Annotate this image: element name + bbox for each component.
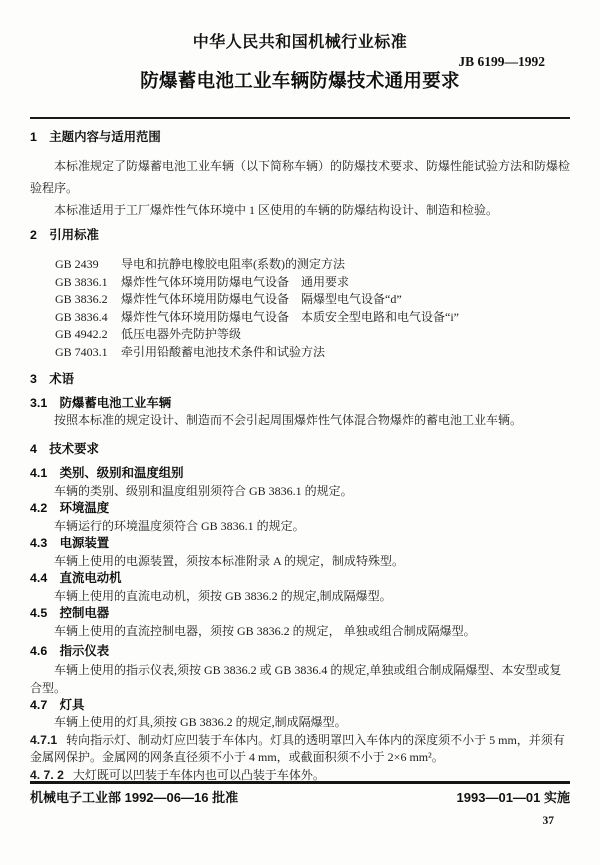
reference-code: GB 4942.2 [55, 326, 121, 344]
footer-divider [30, 781, 570, 784]
clause-4-6-heading: 4.6 指示仪表 [30, 643, 570, 661]
chapter-1-paragraph-1: 本标准规定了防爆蓄电池工业车辆（以下简称车辆）的防爆技术要求、防爆性能试验方法和… [30, 155, 570, 199]
document-body: 1 主题内容与适用范围 本标准规定了防爆蓄电池工业车辆（以下简称车辆）的防爆技术… [30, 129, 570, 784]
clause-4-7-text: 车辆上使用的灯具,须按 GB 3836.2 的规定,制成隔爆型。 [30, 714, 570, 732]
clause-4-7-1-text: 转向指示灯、制动灯应凹装于车体内。灯具的透明罩凹入车体内的深度须不小于 5 mm… [30, 733, 565, 765]
header-divider [30, 117, 570, 119]
clause-4-3-text: 车辆上使用的电源装置，须按本标准附录 A 的规定，制成特殊型。 [30, 553, 570, 571]
reference-title: 导电和抗静电橡胶电阻率(系数)的测定方法 [121, 256, 570, 274]
clause-4-1-text: 车辆的类别、级别和温度组别须符合 GB 3836.1 的规定。 [30, 483, 570, 501]
standard-document-page: 中华人民共和国机械行业标准 JB 6199—1992 防爆蓄电池工业车辆防爆技术… [0, 0, 600, 865]
reference-code: GB 7403.1 [55, 344, 121, 362]
clause-4-1-heading: 4.1 类别、级别和温度组别 [30, 465, 570, 483]
clause-4-7-heading: 4.7 灯具 [30, 697, 570, 715]
chapter-3-heading: 3 术语 [30, 371, 570, 389]
clause-4-4-heading: 4.4 直流电动机 [30, 570, 570, 588]
approval-notice: 机械电子工业部 1992—06—16 批准 [30, 787, 238, 806]
reference-row: GB 3836.4 爆炸性气体环境用防爆电气设备 本质安全型电路和电气设备“i” [30, 309, 570, 327]
standard-org-title: 中华人民共和国机械行业标准 [0, 29, 600, 52]
clause-4-3-heading: 4.3 电源装置 [30, 535, 570, 553]
reference-title: 爆炸性气体环境用防爆电气设备 本质安全型电路和电气设备“i” [121, 309, 570, 327]
implementation-notice: 1993—01—01 实施 [457, 787, 570, 806]
clause-4-6-text: 车辆上使用的指示仪表,须按 GB 3836.2 或 GB 3836.4 的规定,… [30, 661, 570, 697]
reference-code: GB 3836.4 [55, 309, 121, 327]
clause-4-5-text: 车辆上使用的直流控制电器，须按 GB 3836.2 的规定， 单独或组合制成隔爆… [30, 623, 570, 641]
chapter-1-paragraph-2: 本标准适用于工厂爆炸性气体环境中 1 区使用的车辆的防爆结构设计、制造和检验。 [30, 199, 570, 221]
reference-title: 爆炸性气体环境用防爆电气设备 通用要求 [121, 274, 570, 292]
chapter-2-heading: 2 引用标准 [30, 227, 570, 245]
clause-3-1-heading: 3.1 防爆蓄电池工业车辆 [30, 395, 570, 413]
reference-title: 低压电器外壳防护等级 [121, 326, 570, 344]
clause-4-2-heading: 4.2 环境温度 [30, 500, 570, 518]
reference-row: GB 3836.2 爆炸性气体环境用防爆电气设备 隔爆型电气设备“d” [30, 291, 570, 309]
reference-title: 爆炸性气体环境用防爆电气设备 隔爆型电气设备“d” [121, 291, 570, 309]
clause-4-7-2-number: 4. 7. 2 [30, 768, 64, 782]
chapter-1-heading: 1 主题内容与适用范围 [30, 129, 570, 147]
page-number: 37 [543, 815, 555, 827]
reference-row: GB 2439 导电和抗静电橡胶电阻率(系数)的测定方法 [30, 256, 570, 274]
clause-4-7-1: 4.7.1转向指示灯、制动灯应凹装于车体内。灯具的透明罩凹入车体内的深度须不小于… [30, 732, 570, 767]
clause-3-1-text: 按照本标准的规定设计、制造而不会引起周围爆炸性气体混合物爆炸的蓄电池工业车辆。 [30, 412, 570, 430]
clause-4-7-2-text: 大灯既可以凹装于车体内也可以凸装于车体外。 [73, 768, 325, 782]
clause-4-5-heading: 4.5 控制电器 [30, 605, 570, 623]
chapter-4-heading: 4 技术要求 [30, 441, 570, 459]
reference-row: GB 3836.1 爆炸性气体环境用防爆电气设备 通用要求 [30, 274, 570, 292]
reference-code: GB 2439 [55, 256, 121, 274]
document-title: 防爆蓄电池工业车辆防爆技术通用要求 [0, 67, 600, 93]
reference-row: GB 7403.1 牵引用铅酸蓄电池技术条件和试验方法 [30, 344, 570, 362]
reference-code: GB 3836.1 [55, 274, 121, 292]
clause-4-7-1-number: 4.7.1 [30, 733, 57, 747]
reference-title: 牵引用铅酸蓄电池技术条件和试验方法 [121, 344, 570, 362]
clause-4-2-text: 车辆运行的环境温度须符合 GB 3836.1 的规定。 [30, 518, 570, 536]
reference-code: GB 3836.2 [55, 291, 121, 309]
reference-row: GB 4942.2 低压电器外壳防护等级 [30, 326, 570, 344]
reference-list: GB 2439 导电和抗静电橡胶电阻率(系数)的测定方法 GB 3836.1 爆… [30, 256, 570, 361]
clause-4-4-text: 车辆上使用的直流电动机，须按 GB 3836.2 的规定,制成隔爆型。 [30, 588, 570, 606]
